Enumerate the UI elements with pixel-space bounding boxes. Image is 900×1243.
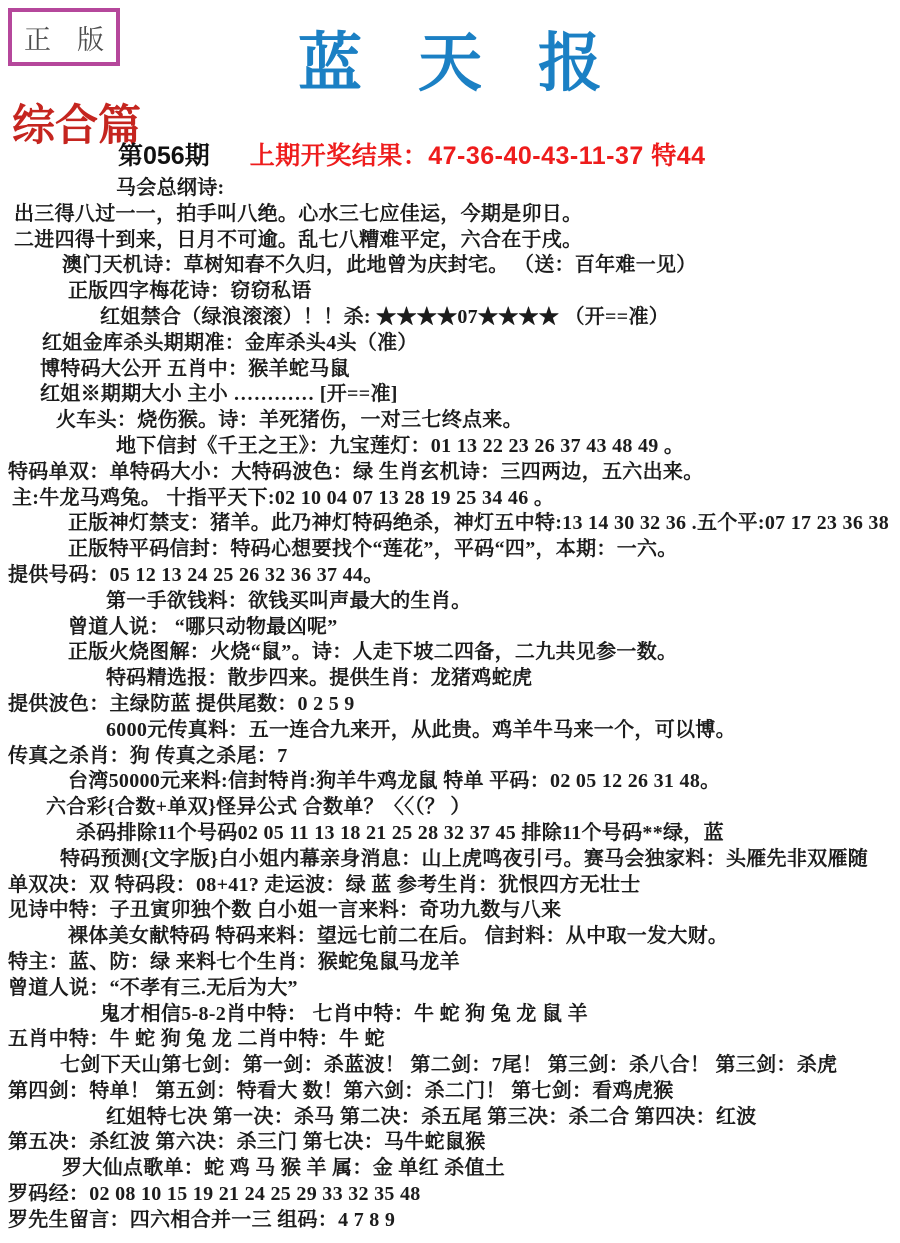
text-line: 见诗中特：子丑寅卯独个数 白小姐一言来料：奇功九数与八来 bbox=[8, 898, 898, 924]
text-line: 特码单双：单特码大小：大特码波色：绿 生肖玄机诗：三四两边，五六出来。 bbox=[8, 460, 898, 486]
text-line: 罗码经：02 08 10 15 19 21 24 25 29 33 32 35 … bbox=[8, 1182, 898, 1208]
text-line: 鬼才相信5-8-2肖中特： 七肖中特：牛 蛇 狗 兔 龙 鼠 羊 bbox=[8, 1002, 898, 1028]
text-line: 提供号码：05 12 13 24 25 26 32 36 37 44。 bbox=[8, 563, 898, 589]
text-line: 澳门天机诗：草树知春不久归，此地曾为庆封宅。 （送：百年难一见） bbox=[8, 253, 898, 279]
text-line: 杀码排除11个号码02 05 11 13 18 21 25 28 32 37 4… bbox=[8, 821, 898, 847]
text-line: 单双决：双 特码段：08+41? 走运波：绿 蓝 参考生肖：犹恨四方无壮士 bbox=[8, 873, 898, 899]
text-line: 红姐特七决 第一决：杀马 第二决：杀五尾 第三决：杀二合 第四决：红波 bbox=[8, 1105, 898, 1131]
text-line: 六合彩{合数+单双}怪异公式 合数单？〈〈（？ ） bbox=[8, 795, 898, 821]
body-lines: 马会总纲诗:出三得八过一一，拍手叫八绝。心水三七应佳运，今期是卯日。二进四得十到… bbox=[8, 176, 898, 1234]
text-line: 二进四得十到来，日月不可逾。乱七八糟难平定，六合在于戌。 bbox=[8, 228, 898, 254]
newspaper-title-text: 蓝天报 bbox=[298, 28, 658, 99]
text-line: 裸体美女献特码 特码来料：望远七前二在后。 信封料：从中取一发大财。 bbox=[8, 924, 898, 950]
newspaper-title: 蓝天报 bbox=[0, 12, 900, 104]
text-line: 正版四字梅花诗：窃窃私语 bbox=[8, 279, 898, 305]
text-line: 曾道人说：“不孝有三.无后为大” bbox=[8, 976, 898, 1002]
text-line: 主:牛龙马鸡兔。 十指平天下:02 10 04 07 13 28 19 25 3… bbox=[8, 486, 898, 512]
text-line: 马会总纲诗: bbox=[8, 176, 898, 202]
text-line: 七剑下天山第七剑：第一剑：杀蓝波！ 第二剑：7尾！ 第三剑：杀八合！ 第三剑：杀… bbox=[8, 1053, 898, 1079]
text-line: 罗大仙点歌单：蛇 鸡 马 猴 羊 属：金 单红 杀值土 bbox=[8, 1156, 898, 1182]
text-line: 红姐禁合（绿浪滚滚）！！杀: ★★★★07★★★★ （开==准） bbox=[8, 305, 898, 331]
text-line: 提供波色：主绿防蓝 提供尾数：0 2 5 9 bbox=[8, 692, 898, 718]
text-line: 第一手欲钱料：欲钱买叫声最大的生肖。 bbox=[8, 589, 898, 615]
text-line: 红姐金库杀头期期准：金库杀头4头（准） bbox=[8, 331, 898, 357]
text-line: 6000元传真料：五一连合九来开，从此贵。鸡羊牛马来一个，可以博。 bbox=[8, 718, 898, 744]
text-line: 台湾50000元来料:信封特肖:狗羊牛鸡龙鼠 特单 平码：02 05 12 26… bbox=[8, 769, 898, 795]
text-line: 特码预测{文字版}白小姐内幕亲身消息：山上虎鸣夜引弓。赛马会独家料：头雁先非双雁… bbox=[8, 847, 898, 873]
text-line: 特码精选报：散步四来。提供生肖：龙猪鸡蛇虎 bbox=[8, 666, 898, 692]
text-line: 出三得八过一一，拍手叫八绝。心水三七应佳运，今期是卯日。 bbox=[8, 202, 898, 228]
text-line: 正版神灯禁支：猪羊。此乃神灯特码绝杀，神灯五中特:13 14 30 32 36 … bbox=[8, 511, 898, 537]
text-line: 第五决：杀红波 第六决：杀三门 第七决：马牛蛇鼠猴 bbox=[8, 1130, 898, 1156]
text-line: 火车头：烧伤猴。诗：羊死猪伤，一对三七终点来。 bbox=[8, 408, 898, 434]
newspaper-page: { "page": { "badge": "正版", "title": "蓝天报… bbox=[0, 0, 900, 1243]
text-line: 博特码大公开 五肖中：猴羊蛇马鼠 bbox=[8, 357, 898, 383]
text-line: 特主：蓝、防：绿 来料七个生肖：猴蛇兔鼠马龙羊 bbox=[8, 950, 898, 976]
text-line: 传真之杀肖：狗 传真之杀尾：7 bbox=[8, 744, 898, 770]
text-line: 第四剑：特单！ 第五剑：特看大 数！第六剑：杀二门！ 第七剑：看鸡虎猴 bbox=[8, 1079, 898, 1105]
issue-number: 第056期 bbox=[118, 142, 210, 170]
text-line: 红姐※期期大小 主小 ………… [开==准] bbox=[8, 382, 898, 408]
text-line: 曾道人说： “哪只动物最凶呢” bbox=[8, 615, 898, 641]
text-line: 五肖中特：牛 蛇 狗 兔 龙 二肖中特：牛 蛇 bbox=[8, 1027, 898, 1053]
text-line: 地下信封《千王之王》：九宝莲灯：01 13 22 23 26 37 43 48 … bbox=[8, 434, 898, 460]
text-line: 正版火烧图解：火烧“鼠”。诗：人走下坡二四备，二九共见参一数。 bbox=[8, 640, 898, 666]
text-line: 罗先生留言：四六相合并一三 组码：4 7 8 9 bbox=[8, 1208, 898, 1234]
previous-draw-result: 上期开奖结果：47-36-40-43-11-37 特44 bbox=[250, 142, 706, 170]
text-line: 正版特平码信封：特码心想要找个“莲花”，平码“四”，本期：一六。 bbox=[8, 537, 898, 563]
issue-row: 第056期上期开奖结果：47-36-40-43-11-37 特44 bbox=[118, 136, 706, 172]
